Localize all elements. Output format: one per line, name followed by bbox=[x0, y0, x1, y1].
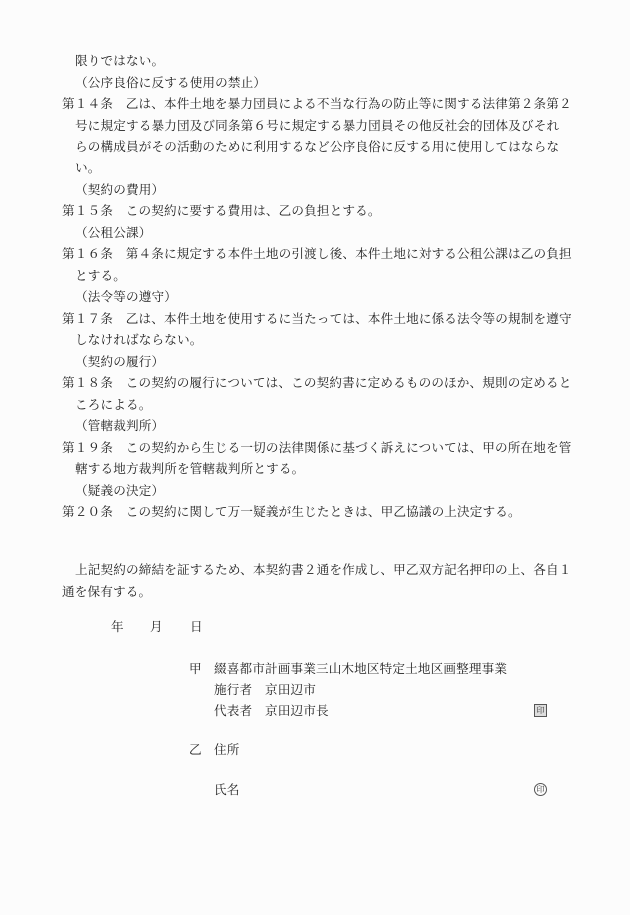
text-line: い。 bbox=[75, 160, 101, 176]
text-line: 第１８条 この契約の履行については、この契約書に定めるもののほか、規則の定めると bbox=[62, 375, 572, 391]
text-line: 轄する地方裁判所を管轄裁判所とする。 bbox=[75, 461, 304, 477]
party-a-rep-label: 代表者 bbox=[214, 703, 252, 719]
text-line: 第１６条 第４条に規定する本件土地の引渡し後、本件土地に対する公租公課は乙の負担 bbox=[62, 246, 572, 262]
text-line: 限りではない。 bbox=[75, 53, 164, 69]
party-a-rep-value: 京田辺市長 bbox=[265, 703, 329, 719]
party-a-executor-value: 京田辺市 bbox=[265, 682, 316, 698]
text-line: （公租公課） bbox=[75, 225, 151, 241]
text-line: （契約の履行） bbox=[75, 354, 164, 370]
text-line: （疑義の決定） bbox=[75, 483, 164, 499]
party-a-executor-label: 施行者 bbox=[214, 682, 252, 698]
text-line: しなければならない。 bbox=[75, 332, 202, 348]
date-day-label: 日 bbox=[190, 619, 203, 635]
text-line: 号に規定する暴力団及び同条第６号に規定する暴力団員その他反社会的団体及びそれ bbox=[75, 118, 559, 134]
text-line: 第１４条 乙は、本件土地を暴力団員による不当な行為の防止等に関する法律第２条第２ bbox=[62, 96, 572, 112]
text-line: 上記契約の締結を証するため、本契約書２通を作成し、甲乙双方記名押印の上、各自１ bbox=[75, 562, 572, 578]
contract-page: 限りではない。（公序良俗に反する使用の禁止）第１４条 乙は、本件土地を暴力団員に… bbox=[0, 0, 630, 915]
personal-seal-icon: 印 bbox=[534, 783, 547, 796]
text-line: ころによる。 bbox=[75, 397, 151, 413]
party-a-marker: 甲 bbox=[189, 661, 202, 677]
date-month-label: 月 bbox=[150, 619, 163, 635]
date-year-label: 年 bbox=[111, 619, 124, 635]
text-line: 第１９条 この契約から生じる一切の法律関係に基づく訴えについては、甲の所在地を管 bbox=[62, 440, 572, 456]
text-line: （公序良俗に反する使用の禁止） bbox=[75, 75, 266, 91]
text-line: （契約の費用） bbox=[75, 182, 164, 198]
party-b-name-label: 氏名 bbox=[214, 782, 240, 798]
text-line: とする。 bbox=[75, 268, 126, 284]
text-line: 第１５条 この契約に要する費用は、乙の負担とする。 bbox=[62, 203, 381, 219]
party-a-project: 綴喜都市計画事業三山木地区特定土地区画整理事業 bbox=[214, 661, 507, 677]
text-line: 通を保有する。 bbox=[62, 584, 151, 600]
text-line: らの構成員がその活動のために利用するなど公序良俗に反する用に使用してはならな bbox=[75, 139, 559, 155]
official-seal-icon: 印 bbox=[534, 704, 547, 717]
text-line: （管轄裁判所） bbox=[75, 418, 164, 434]
text-line: （法令等の遵守） bbox=[75, 289, 177, 305]
text-line: 第１７条 乙は、本件土地を使用するに当たっては、本件土地に係る法令等の規制を遵守 bbox=[62, 311, 572, 327]
party-b-marker: 乙 bbox=[189, 742, 202, 758]
text-line: 第２０条 この契約に関して万一疑義が生じたときは、甲乙協議の上決定する。 bbox=[62, 504, 521, 520]
party-b-address-label: 住所 bbox=[214, 742, 240, 758]
